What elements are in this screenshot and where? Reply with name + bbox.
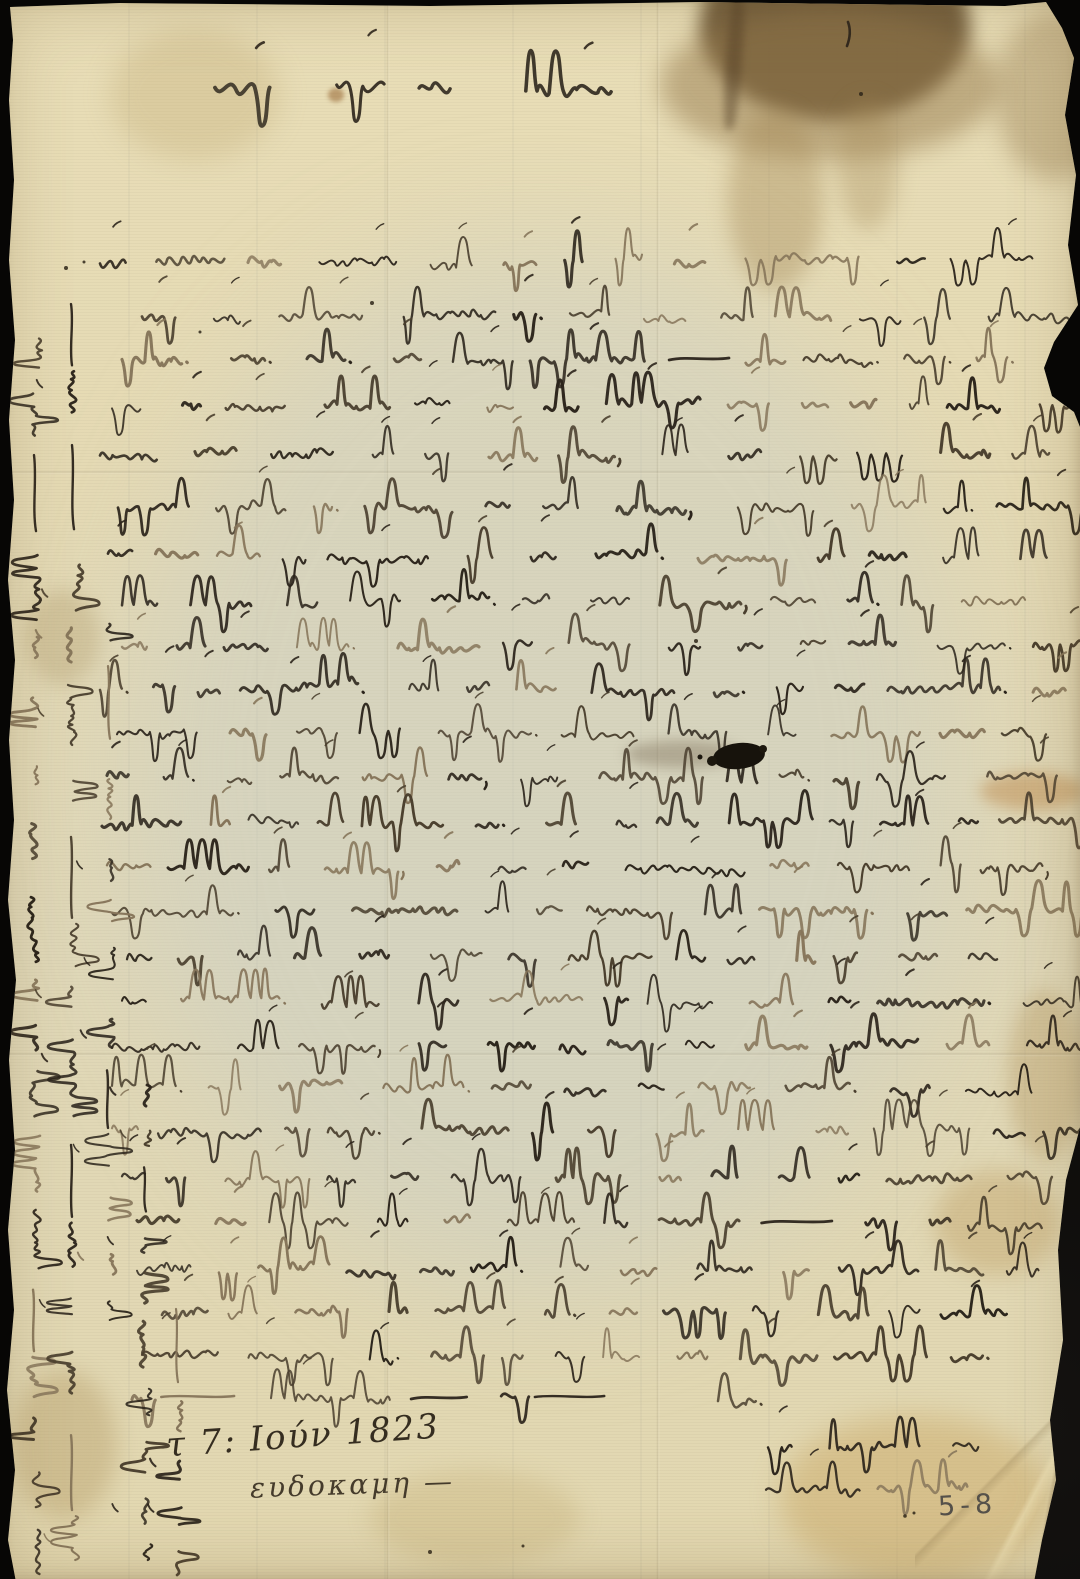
period-dot (536, 735, 537, 736)
handwritten-line-13 (999, 793, 1080, 848)
handwritten-line-21 (839, 1174, 859, 1183)
handwritten-line-2 (721, 287, 753, 320)
handwritten-line-10 (100, 660, 122, 716)
margin-line-3 (89, 948, 115, 980)
handwritten-line-14 (269, 839, 289, 872)
diacritic-stroke (207, 415, 215, 421)
handwritten-line-7 (596, 524, 657, 558)
ink-speck (913, 1512, 916, 1515)
handwritten-line-2 (214, 315, 240, 323)
diacritic-stroke (0, 409, 2, 417)
handwritten-line-6 (365, 479, 452, 538)
handwritten-line-16 (969, 953, 997, 960)
handwritten-line-20 (657, 1104, 704, 1161)
handwritten-line-22 (378, 1193, 408, 1226)
period-dot (541, 318, 542, 319)
handwritten-line-4 (802, 403, 828, 408)
handwritten-line-7 (1020, 530, 1046, 559)
handwritten-line-19 (639, 1084, 664, 1090)
header-script-line (215, 84, 270, 126)
margin-line-2 (69, 371, 77, 412)
diacritic-stroke (381, 1323, 389, 1329)
handwritten-line-17 (490, 971, 582, 1005)
diacritic-stroke (382, 417, 390, 423)
handwritten-line-13 (657, 793, 697, 826)
handwritten-line-13 (476, 823, 498, 828)
margin-line-2 (68, 1223, 76, 1267)
handwritten-line-4 (545, 380, 579, 411)
handwritten-line-4 (910, 376, 929, 409)
handwritten-line-24 (296, 1306, 348, 1338)
diacritic-stroke (112, 742, 120, 748)
handwritten-line-7 (943, 527, 978, 563)
handwritten-line-15 (967, 881, 1080, 937)
diacritic-stroke (325, 1181, 333, 1187)
margin-line-1 (11, 555, 40, 620)
handwritten-line-14 (626, 865, 745, 876)
handwritten-line-18 (419, 1042, 446, 1070)
margin-line-1 (14, 339, 42, 368)
handwritten-line-24 (545, 1284, 569, 1317)
diacritic-stroke (432, 418, 440, 424)
handwritten-line-3 (307, 329, 345, 361)
handwritten-line-2 (514, 313, 536, 342)
margin-line-4 (145, 1131, 151, 1146)
handwritten-line-23 (471, 1237, 516, 1272)
handwritten-line-16 (834, 953, 857, 983)
handwritten-line-4 (947, 378, 1000, 413)
signature-line-1 (953, 1443, 978, 1451)
handwritten-line-19 (565, 1089, 606, 1097)
handwritten-line-4 (606, 372, 700, 428)
handwritten-line-21 (660, 1176, 681, 1182)
diacritic-stroke (916, 790, 924, 796)
diacritic-stroke (691, 837, 699, 843)
handwritten-line-13 (729, 790, 812, 847)
diacritic-stroke (0, 1420, 4, 1428)
diacritic-stroke (40, 1300, 46, 1308)
handwritten-line-4 (325, 376, 390, 410)
handwritten-line-13 (830, 820, 853, 847)
handwritten-line-5 (195, 447, 236, 455)
diacritic-stroke (631, 1278, 639, 1284)
diacritic-stroke (811, 1449, 819, 1455)
diacritic-stroke (602, 692, 610, 698)
dash-stroke (71, 1435, 72, 1510)
handwritten-line-9 (503, 640, 532, 669)
handwritten-line-12 (780, 770, 804, 778)
diacritic-stroke (113, 221, 121, 227)
period-dot (354, 648, 355, 649)
handwritten-line-9 (224, 644, 268, 651)
margin-line-2 (47, 1298, 72, 1314)
diacritic-stroke (598, 918, 606, 924)
closing-word (718, 1373, 756, 1407)
handwritten-line-9 (1033, 641, 1080, 672)
diacritic-stroke (861, 610, 869, 616)
dash-stroke (34, 455, 36, 531)
handwritten-line-12 (521, 777, 557, 807)
handwritten-line-24 (228, 1285, 256, 1319)
handwritten-line-18 (686, 1041, 714, 1048)
header-script (215, 22, 850, 126)
margin-line-2 (36, 304, 100, 1560)
period-dot (350, 362, 351, 363)
handwritten-line-15 (705, 884, 741, 917)
handwritten-line-21 (1008, 1172, 1052, 1204)
diacritic-stroke (917, 742, 925, 748)
handwritten-line-5 (800, 456, 837, 484)
handwritten-line-21 (122, 1173, 145, 1179)
diacritic-stroke (547, 745, 555, 751)
margin-line-4 (144, 1085, 150, 1106)
handwritten-line-10 (198, 690, 220, 697)
comma-stroke (689, 512, 691, 519)
handwritten-line-4 (226, 404, 285, 411)
handwritten-line-11 (940, 730, 984, 738)
handwritten-line-20 (532, 1103, 552, 1160)
handwritten-line-20 (874, 1099, 970, 1156)
diacritic-stroke (44, 1534, 50, 1542)
handwritten-line-10 (467, 682, 489, 692)
diacritic-stroke (986, 918, 994, 924)
handwritten-line-20 (816, 1127, 848, 1135)
handwritten-line-22 (445, 1215, 470, 1223)
diacritic-stroke (491, 871, 499, 877)
comma-stroke (485, 782, 487, 789)
diacritic-stroke (159, 276, 167, 282)
handwritten-line-25 (834, 1326, 926, 1381)
diacritic-stroke (906, 970, 914, 976)
handwritten-line-5 (373, 426, 394, 457)
handwritten-line-24 (610, 1308, 637, 1314)
handwritten-line-7 (869, 552, 906, 560)
period-dot (337, 510, 338, 511)
handwritten-line-4 (112, 405, 140, 435)
period-dot (238, 913, 239, 914)
diacritic-stroke (382, 525, 390, 531)
period-dot (181, 1091, 182, 1092)
period-dot (950, 362, 951, 363)
handwritten-line-7 (698, 555, 787, 585)
handwritten-line-21 (327, 1176, 355, 1207)
handwritten-line-2 (279, 287, 362, 321)
diacritic-stroke (150, 1459, 156, 1467)
handwritten-line-4 (183, 403, 201, 410)
diacritic-stroke (591, 323, 599, 329)
diacritic-stroke (511, 828, 519, 834)
handwritten-line-18 (299, 1044, 375, 1074)
diacritic-stroke (269, 1005, 277, 1011)
handwritten-line-16 (127, 954, 151, 961)
handwritten-line-8 (523, 594, 549, 603)
handwritten-line-16 (431, 949, 482, 980)
handwritten-line-22 (659, 1193, 739, 1248)
handwritten-line-15 (908, 912, 947, 941)
period-dot (1012, 362, 1013, 363)
handwritten-line-21 (779, 1147, 809, 1180)
handwritten-line-20 (588, 1127, 615, 1157)
handwritten-line-12 (228, 778, 252, 784)
handwritten-line-2 (924, 289, 950, 344)
handwritten-line-25 (432, 1327, 484, 1383)
period-dot (1005, 692, 1006, 693)
diacritic-stroke (78, 1253, 84, 1261)
handwritten-line-8 (848, 572, 873, 602)
ink-speck (83, 261, 86, 264)
diacritic-stroke (690, 224, 698, 230)
handwritten-line-17 (1024, 977, 1080, 1008)
diacritic-stroke (542, 515, 550, 521)
diacritic-stroke (525, 275, 533, 281)
margin-line-5 (158, 1508, 200, 1525)
margin-line-3 (85, 1134, 132, 1166)
handwritten-line-25 (556, 1352, 585, 1382)
handwritten-line-17 (322, 976, 379, 1009)
handwritten-line-6 (314, 504, 332, 533)
margin-line-3 (107, 624, 133, 641)
diacritic-stroke (260, 466, 268, 472)
handwritten-line-24 (889, 1306, 920, 1338)
diacritic-stroke (138, 614, 146, 620)
diacritic-stroke (513, 417, 521, 423)
handwritten-line-3 (394, 354, 421, 362)
body-text (100, 217, 1080, 1427)
handwritten-line-11 (562, 706, 634, 739)
diacritic-stroke (587, 605, 595, 611)
diacritic-stroke (849, 1144, 857, 1150)
archival-number: 5-8 (937, 1488, 998, 1522)
handwritten-line-20 (994, 1129, 1025, 1137)
period-dot (398, 1358, 399, 1359)
handwritten-line-18 (560, 1045, 585, 1054)
diacritic-stroke (843, 326, 851, 332)
margin-line-4 (127, 1389, 152, 1415)
handwritten-line-20 (422, 1099, 508, 1134)
handwritten-line-12 (107, 772, 128, 778)
handwritten-line-1 (565, 231, 583, 287)
handwritten-line-8 (122, 575, 157, 605)
handwritten-line-21 (887, 1174, 972, 1184)
period-dot (972, 510, 973, 511)
margin-line-1 (11, 1025, 38, 1050)
handwritten-line-10 (777, 684, 803, 714)
diacritic-stroke (866, 561, 874, 567)
diacritic-stroke (241, 611, 249, 617)
handwritten-line-4 (728, 402, 769, 431)
handwritten-line-12 (280, 748, 338, 784)
diacritic-stroke (570, 831, 578, 837)
handwritten-line-14 (168, 840, 249, 874)
handwritten-line-5 (559, 427, 615, 483)
comma-stroke (378, 1050, 380, 1057)
diacritic-stroke (493, 365, 501, 371)
handwritten-line-6 (997, 478, 1080, 534)
handwritten-line-21 (225, 1151, 309, 1207)
handwritten-line-8 (962, 597, 1025, 606)
diacritic-stroke (487, 1273, 495, 1279)
margin-line-4 (142, 1273, 168, 1303)
dash-stroke (108, 666, 110, 739)
diacritic-stroke (719, 568, 727, 574)
diacritic-stroke (312, 694, 320, 700)
handwritten-line-6 (944, 481, 967, 513)
handwritten-line-19 (280, 1080, 342, 1112)
period-dot (284, 1003, 285, 1004)
handwritten-line-25 (951, 1355, 983, 1362)
handwritten-line-17 (750, 974, 793, 1008)
diacritic-stroke (1, 354, 7, 362)
diacritic-stroke (590, 279, 598, 285)
handwritten-line-13 (880, 796, 928, 826)
diacritic-stroke (620, 1186, 628, 1192)
handwritten-line-17 (419, 974, 458, 1029)
diacritic-stroke (755, 518, 763, 524)
diacritic-stroke (630, 783, 638, 789)
margin-line-1 (0, 339, 62, 1574)
diacritic-stroke (42, 1054, 48, 1062)
handwritten-line-7 (156, 549, 198, 558)
margin-line-1 (33, 1210, 62, 1268)
handwritten-line-3 (231, 356, 265, 364)
handwritten-line-7 (531, 553, 556, 562)
handwritten-line-19 (786, 1057, 850, 1091)
header-script-line (419, 83, 450, 93)
handwritten-line-18 (488, 1042, 534, 1071)
handwriting-layer (0, 0, 1080, 1579)
handwritten-line-25 (142, 1351, 218, 1358)
handwritten-line-16 (676, 930, 705, 961)
handwritten-line-17 (605, 997, 628, 1025)
handwritten-line-3 (746, 334, 785, 365)
diacritic-stroke (361, 1094, 369, 1100)
ink-blot-satellite (759, 745, 767, 753)
period-dot (494, 604, 495, 605)
dash-stroke (144, 1167, 146, 1211)
diacritic-stroke (953, 823, 961, 829)
handwritten-line-13 (211, 796, 230, 826)
diacritic-stroke (1036, 1136, 1044, 1142)
diacritic-stroke (542, 1188, 550, 1194)
handwritten-line-19 (699, 1082, 750, 1114)
handwritten-line-5 (425, 453, 448, 481)
margin-line-1 (33, 1472, 60, 1507)
diacritic-stroke (254, 698, 262, 704)
handwritten-line-17 (648, 975, 713, 1032)
diacritic-stroke (376, 224, 384, 230)
margin-line-2 (51, 1516, 79, 1560)
dash-stroke (176, 1309, 178, 1382)
diacritic-stroke (1034, 415, 1042, 421)
handwritten-line-5 (729, 450, 761, 460)
diacritic-stroke (1033, 696, 1041, 702)
diacritic-stroke (561, 964, 569, 970)
handwritten-line-8 (591, 597, 629, 604)
handwritten-line-9 (669, 643, 700, 675)
diacritic-stroke (267, 1318, 275, 1324)
diacritic-stroke (949, 1451, 957, 1457)
handwritten-line-2 (644, 315, 686, 323)
diacritic-stroke (0, 1028, 5, 1036)
handwritten-line-10 (153, 684, 174, 712)
diacritic-stroke (463, 737, 471, 743)
diacritic-stroke (400, 1189, 408, 1195)
handwritten-line-15 (353, 907, 457, 917)
handwritten-line-12 (987, 772, 1056, 802)
handwritten-line-1 (431, 237, 472, 270)
handwritten-line-2 (570, 286, 609, 317)
handwritten-line-25 (740, 1330, 817, 1386)
period-dot (187, 362, 188, 363)
diacritic-stroke (797, 650, 805, 656)
diacritic-stroke (974, 414, 982, 420)
diacritic-stroke (491, 326, 499, 332)
period-dot (503, 825, 504, 826)
diacritic-stroke (479, 516, 487, 522)
ink-speck (370, 301, 374, 305)
diacritic-stroke (507, 1319, 515, 1325)
diacritic-stroke (37, 380, 43, 388)
handwritten-line-18 (831, 1014, 918, 1072)
handwritten-line-24 (389, 1282, 407, 1312)
margin-line-2 (48, 1040, 97, 1116)
handwritten-line-14 (437, 860, 459, 871)
handwritten-line-13 (959, 818, 978, 823)
handwritten-line-6 (543, 477, 578, 509)
handwritten-line-11 (768, 705, 796, 735)
margin-line-1 (9, 698, 38, 727)
margin-line-3 (110, 1254, 116, 1274)
header-script-line (526, 51, 611, 97)
diacritic-stroke (1058, 470, 1066, 476)
ink-speck (859, 92, 863, 96)
diacritic-stroke (362, 367, 370, 373)
handwritten-line-15 (486, 881, 509, 912)
handwritten-line-9 (801, 641, 826, 645)
diacritic-stroke (1064, 1011, 1072, 1017)
margin-line-1 (8, 1418, 35, 1440)
handwritten-line-4 (851, 399, 876, 408)
diacritic-stroke (825, 521, 833, 527)
diacritic-stroke (186, 875, 194, 881)
handwritten-line-8 (287, 576, 317, 607)
handwritten-line-6 (738, 503, 814, 535)
diacritic-stroke (780, 1406, 788, 1412)
handwritten-line-16 (238, 926, 270, 960)
handwritten-line-11 (297, 728, 337, 758)
handwritten-line-22 (137, 1216, 179, 1223)
signature-line-2 (766, 1462, 860, 1497)
period-dot (761, 1404, 762, 1405)
margin-line-1 (30, 824, 37, 859)
handwritten-line-7 (217, 525, 260, 558)
signature-line-1 (830, 1417, 920, 1472)
diacritic-stroke (400, 1045, 408, 1051)
handwritten-line-9 (738, 643, 762, 650)
margin-line-2 (73, 781, 98, 801)
diacritic-stroke (874, 830, 882, 836)
handwritten-line-24 (753, 1306, 778, 1336)
handwritten-line-15 (112, 885, 233, 938)
diacritic-stroke (340, 277, 348, 283)
handwritten-line-8 (902, 576, 933, 632)
dash-stroke (535, 1396, 605, 1397)
diacritic-stroke (231, 1237, 239, 1243)
dash-stroke (161, 1396, 234, 1397)
dash-stroke (71, 304, 72, 365)
margin-line-4 (141, 1239, 166, 1253)
handwritten-line-16 (569, 931, 652, 987)
